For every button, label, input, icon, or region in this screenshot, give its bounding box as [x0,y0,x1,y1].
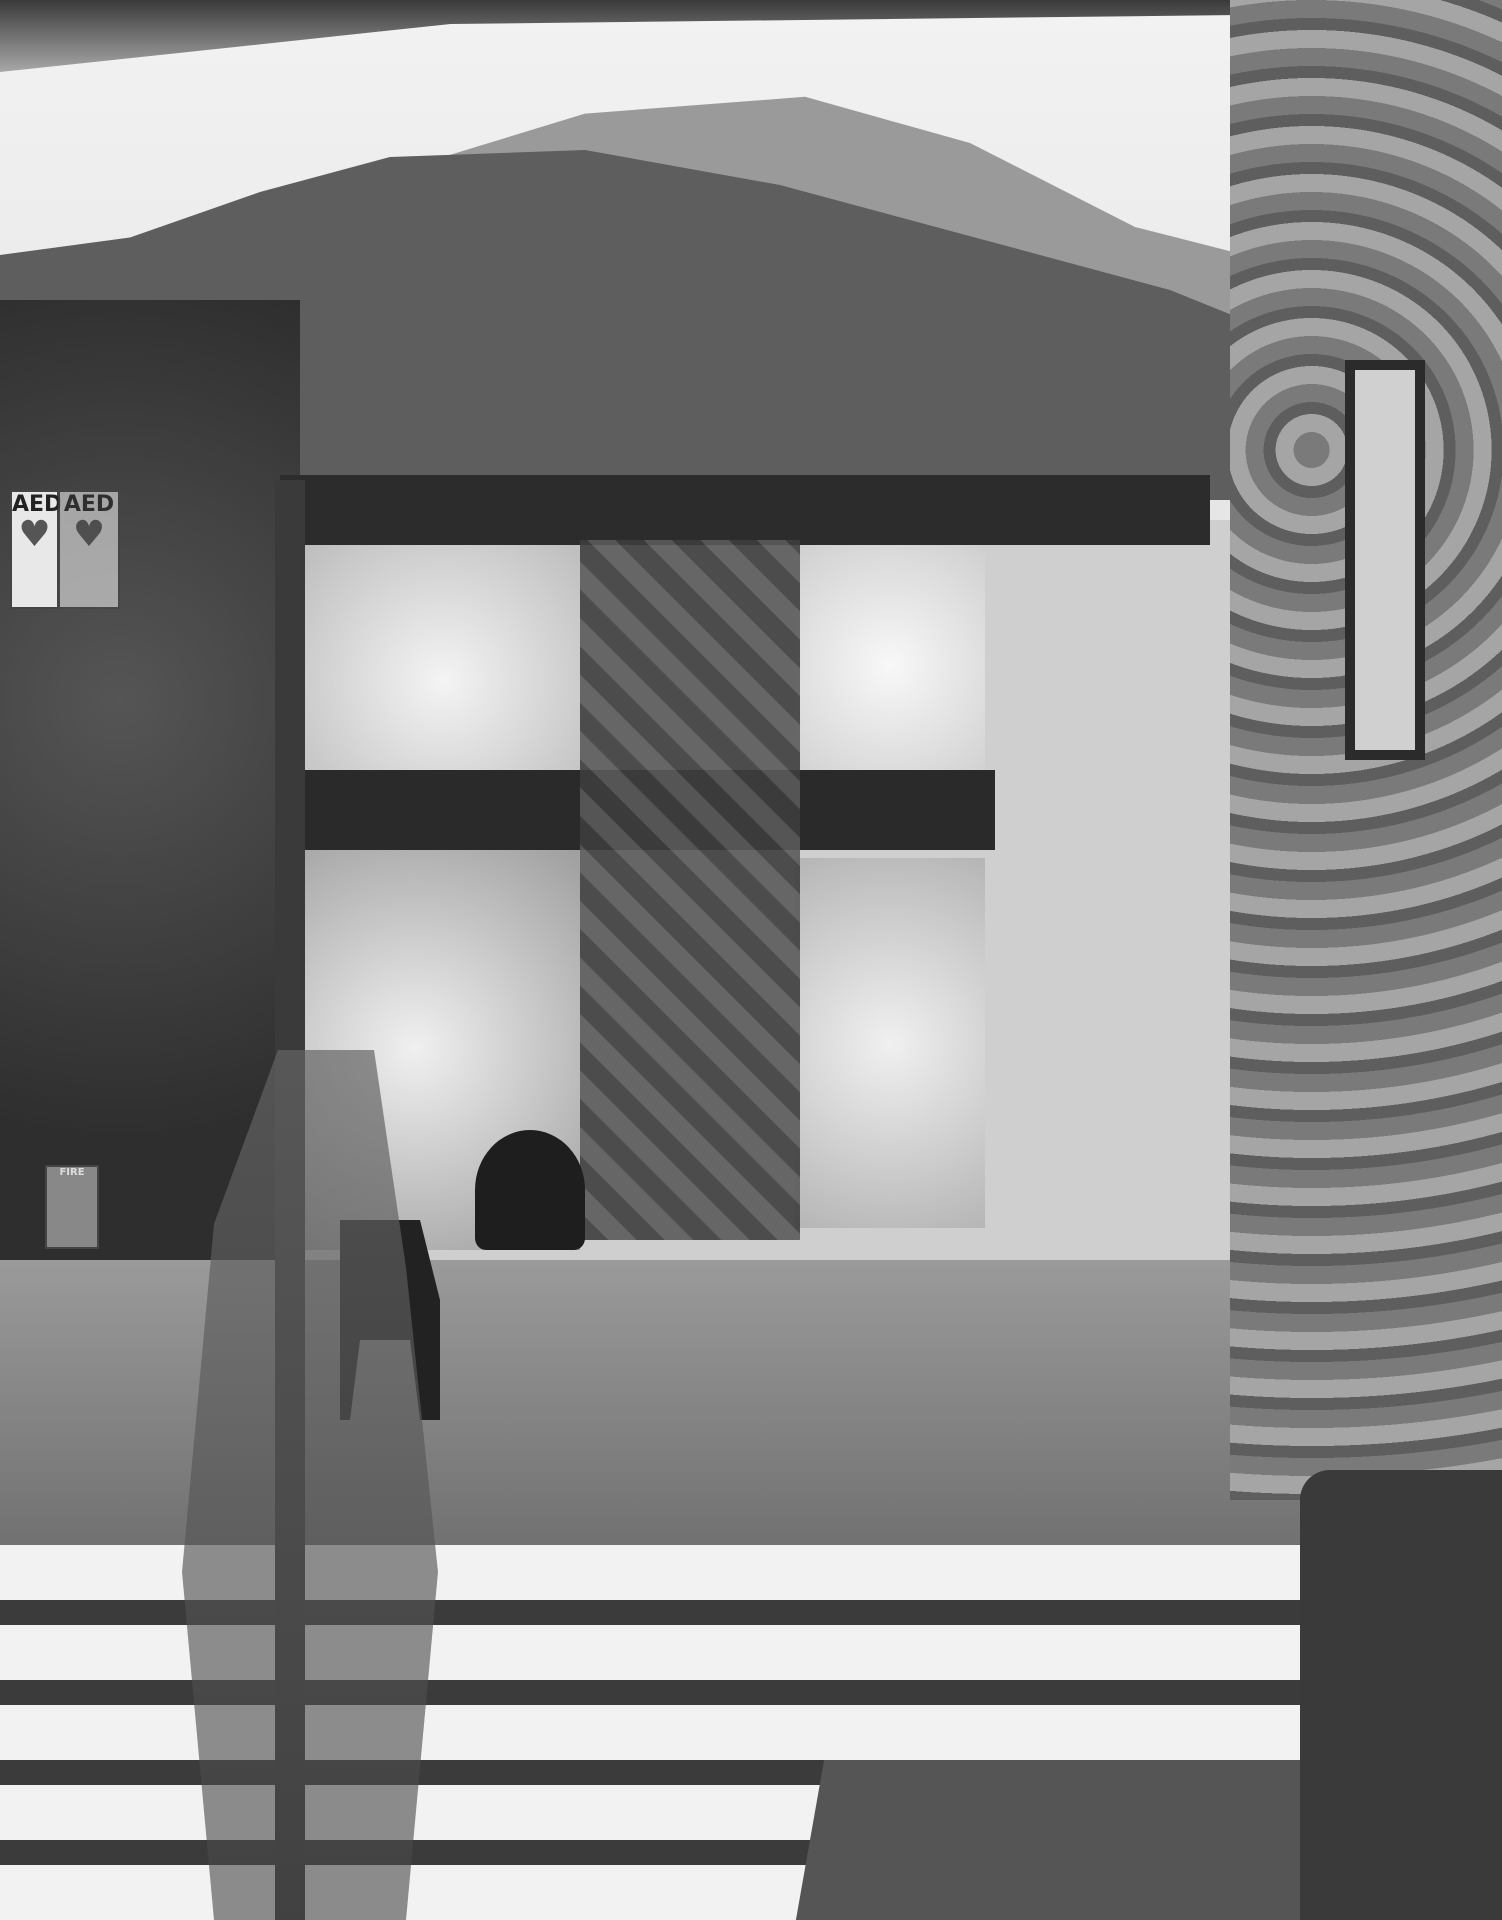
window-frame-top [280,475,1210,545]
aed-sign-reflection: AED ♥ [58,490,120,609]
heart-icon: ♥ [12,517,57,553]
fire-alarm-label: FIRE [59,1167,84,1178]
aed-sign: AED ♥ [10,490,59,609]
heart-icon: ♥ [60,517,118,553]
fire-alarm-sign: FIRE [45,1165,99,1249]
window-pane-left-top [305,545,580,770]
window-pane-right-bottom [795,858,985,1228]
table [796,1760,1384,1920]
window-pane-right-top [795,545,985,785]
stone-column [580,540,800,1240]
armchair [1300,1470,1502,1920]
seated-person [475,1130,585,1250]
photograph: AED ♥ AED ♥ FIRE [0,0,1502,1920]
picture-frame [1345,360,1425,760]
